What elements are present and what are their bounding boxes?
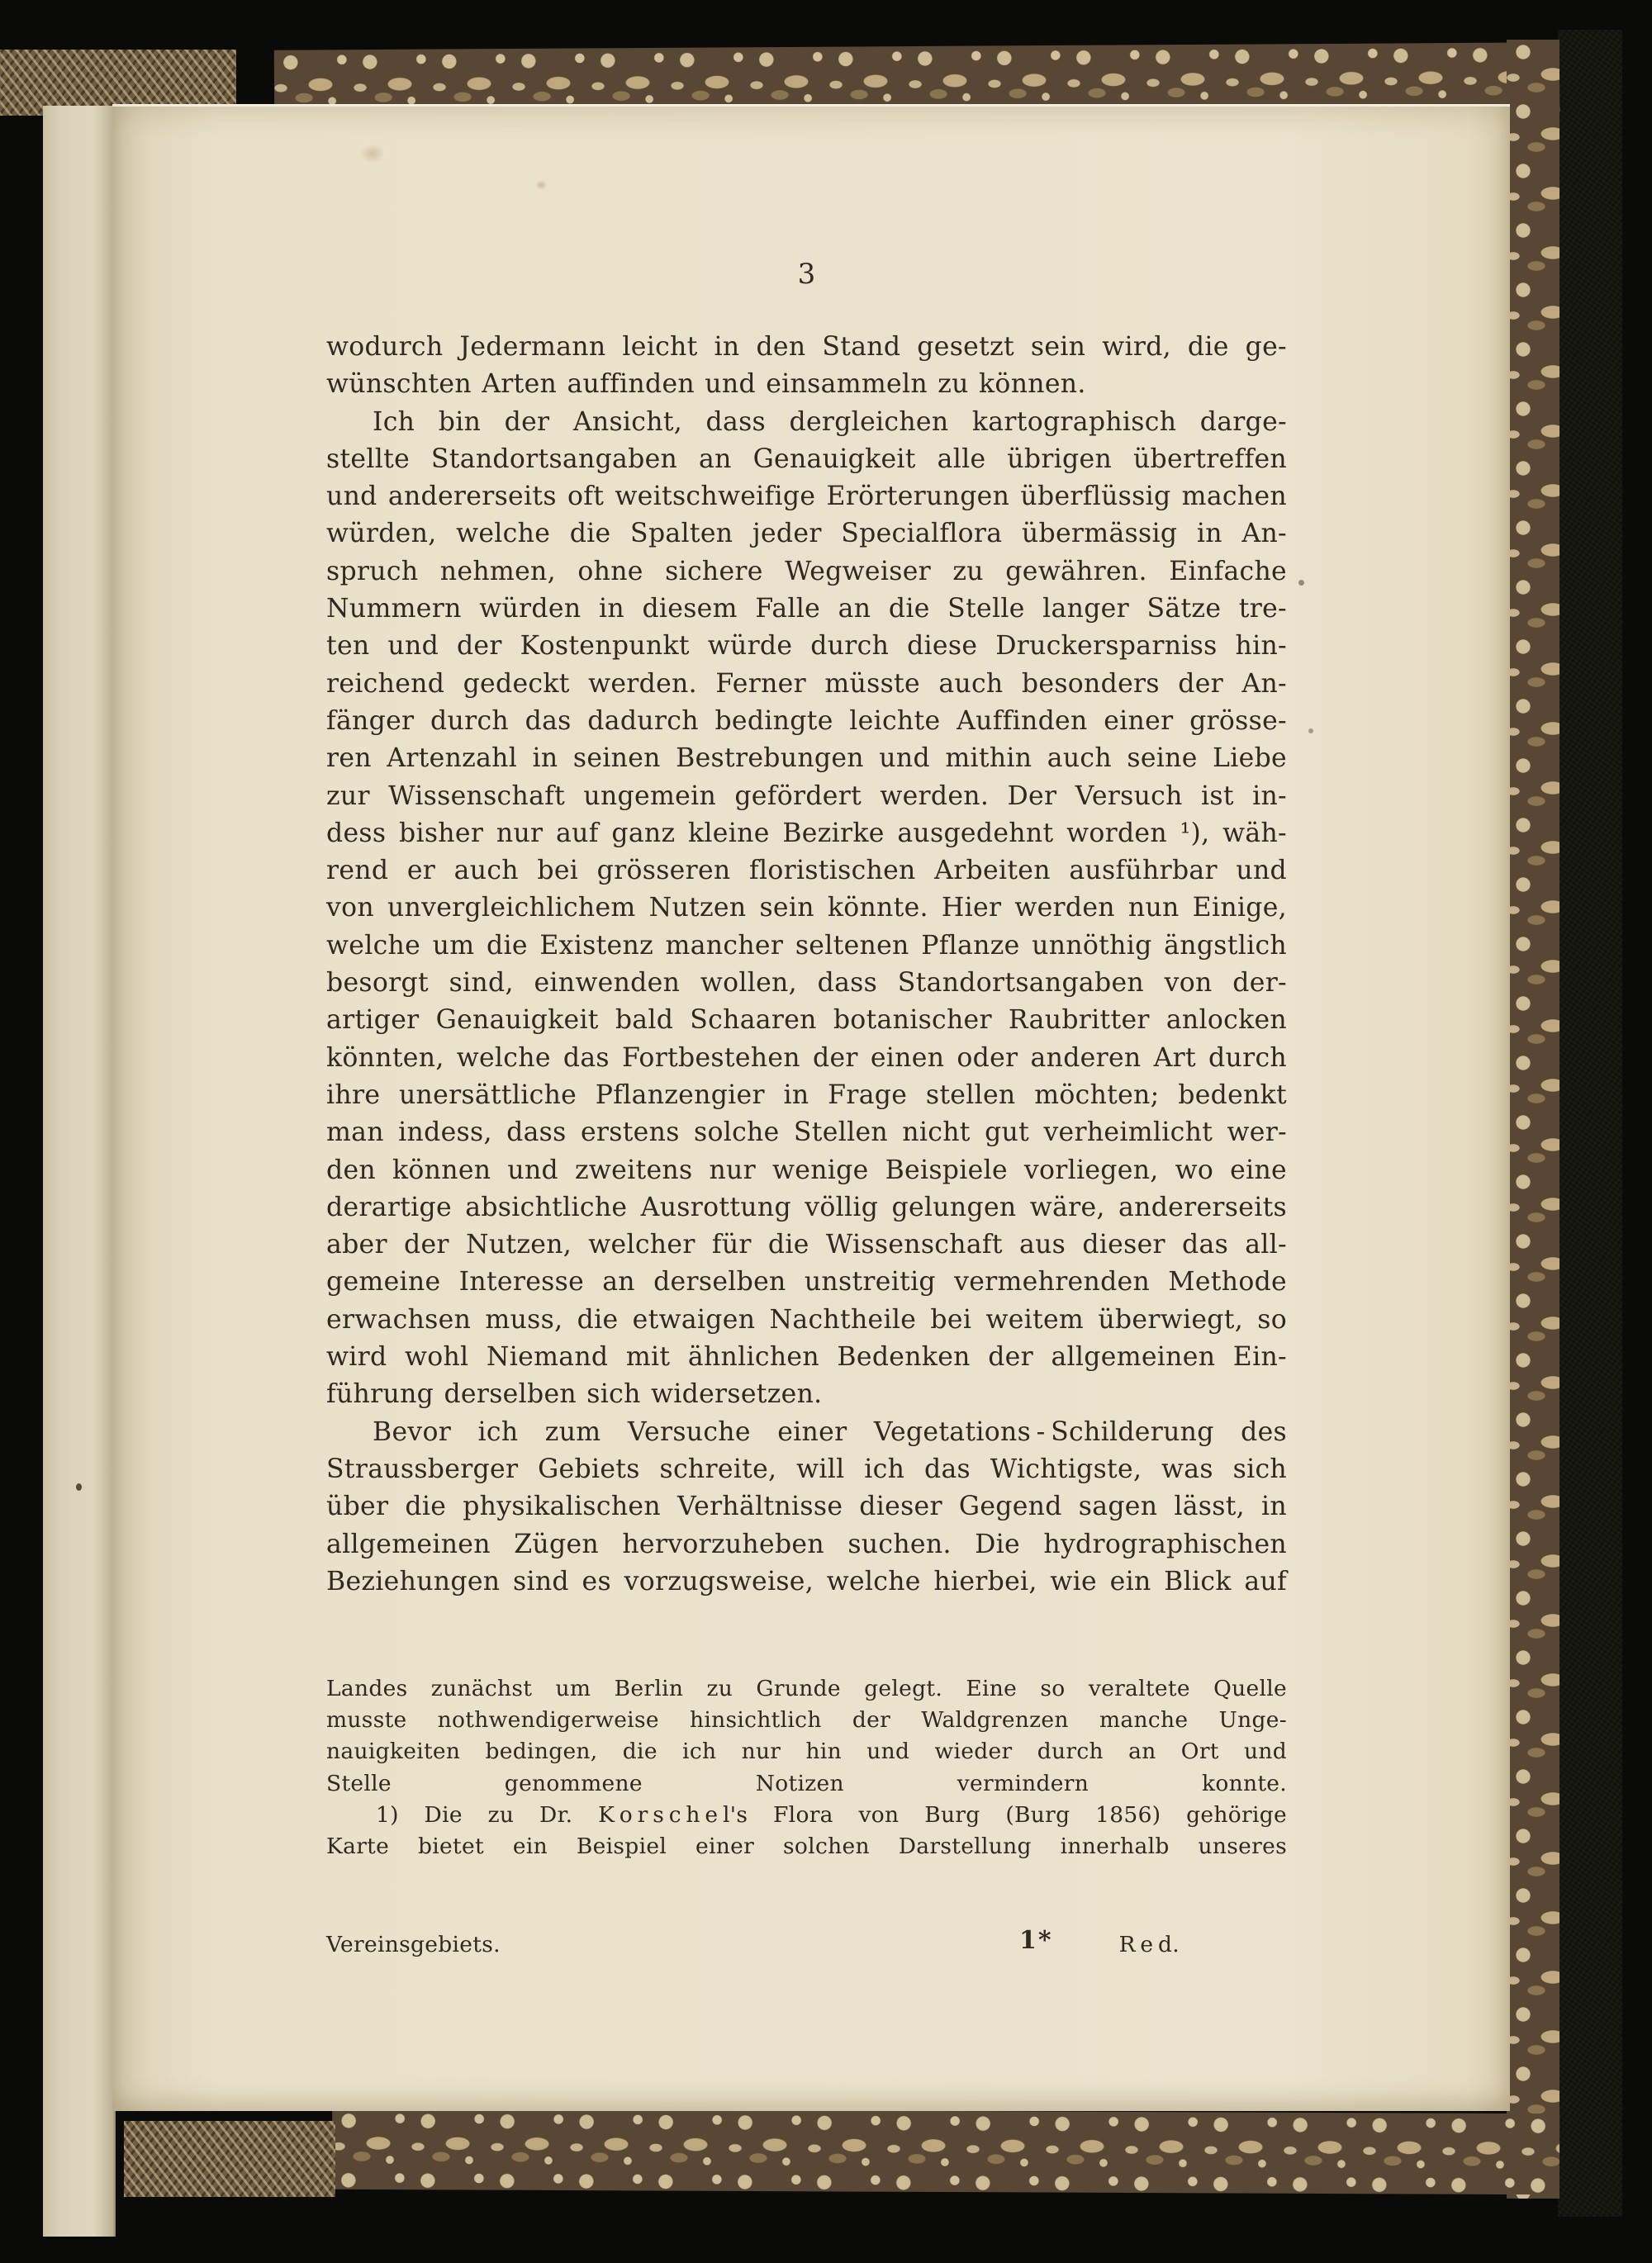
book-cover-cloth-edge xyxy=(1558,30,1622,2217)
text-line: Beziehungen sind es vorzugsweise, welche… xyxy=(326,1563,1287,1601)
text-line: aber der Nutzen, welcher für die Wissens… xyxy=(326,1226,1287,1264)
page-number: 3 xyxy=(326,258,1287,291)
footnote-last-line-text: Vereinsgebiets. xyxy=(326,1929,501,1961)
text-line: ihre unersättliche Pflanzengier in Frage… xyxy=(326,1077,1287,1114)
text-line: Karte bietet ein Beispiel einer solchen … xyxy=(326,1831,1287,1862)
text-line: musste nothwendigerweise hinsichtlich de… xyxy=(326,1705,1287,1736)
text-line: besorgt sind, einwenden wollen, dass Sta… xyxy=(326,965,1287,1002)
text-line: rend er auch bei grösseren floristischen… xyxy=(326,852,1287,890)
text-line: Straussberger Gebiets schreite, will ich… xyxy=(326,1451,1287,1488)
ink-speck xyxy=(1298,580,1304,586)
text-line: 1) Die zu Dr. K o r s c h e l's Flora vo… xyxy=(326,1800,1287,1831)
text-line: gemeine Interesse an derselben unstreiti… xyxy=(326,1264,1287,1301)
ink-speck xyxy=(76,1483,82,1491)
text-line: Stelle genommene Notizen vermindern konn… xyxy=(326,1768,1287,1800)
text-line: spruch nehmen, ohne sichere Wegweiser zu… xyxy=(326,553,1287,591)
text-line: Bevor ich zum Versuche einer Vegetations… xyxy=(326,1414,1287,1451)
facing-page-edge xyxy=(43,106,116,2237)
foxing-stain xyxy=(535,180,547,190)
text-line: ren Artenzahl in seinen Bestrebungen und… xyxy=(326,740,1287,777)
text-line: erwachsen muss, die etwaigen Nachtheile … xyxy=(326,1302,1287,1339)
text-line: Nummern würden in diesem Falle an die St… xyxy=(326,591,1287,628)
foxing-stain xyxy=(360,144,385,164)
book-page: 3 wodurch Jedermann leicht in den Stand … xyxy=(112,104,1510,2111)
text-line: wodurch Jedermann leicht in den Stand ge… xyxy=(326,329,1287,366)
text-line: nauigkeiten bedingen, die ich nur hin un… xyxy=(326,1736,1287,1767)
text-line: reichend gedeckt werden. Ferner müsste a… xyxy=(326,666,1287,703)
marbled-cover-bottom-edge xyxy=(332,2109,1559,2194)
scanned-book-photo: 3 wodurch Jedermann leicht in den Stand … xyxy=(0,0,1652,2263)
ink-speck xyxy=(1308,728,1313,733)
text-line: dess bisher nur auf ganz kleine Bezirke … xyxy=(326,815,1287,852)
text-line: führung derselben sich widersetzen. xyxy=(326,1376,1287,1413)
text-line: könnten, welche das Fortbestehen der ein… xyxy=(326,1040,1287,1077)
woven-cloth-bottom-left xyxy=(124,2121,335,2197)
signature-mark: 1* xyxy=(1019,1926,1053,1955)
text-line: allgemeinen Zügen hervorzuheben suchen. … xyxy=(326,1526,1287,1563)
text-line: artiger Genauigkeit bald Schaaren botani… xyxy=(326,1002,1287,1039)
editor-signature: R e d. xyxy=(1119,1929,1180,1961)
text-line: stellte Standortsangaben an Genauigkeit … xyxy=(326,441,1287,478)
marbled-cover-right-edge xyxy=(1507,40,1559,2199)
text-line: man indess, dass erstens solche Stellen … xyxy=(326,1114,1287,1151)
text-line: fänger durch das dadurch bedingte leicht… xyxy=(326,703,1287,740)
footnote-last-line: Vereinsgebiets. R e d. xyxy=(326,1929,1287,1961)
text-line: und andererseits oft weitschweifige Erör… xyxy=(326,478,1287,515)
text-line: Landes zunächst um Berlin zu Grunde gele… xyxy=(326,1673,1287,1705)
text-line: zur Wissenschaft ungemein gefördert werd… xyxy=(326,778,1287,815)
text-line: würden, welche die Spalten jeder Special… xyxy=(326,515,1287,553)
text-line: ten und der Kostenpunkt würde durch dies… xyxy=(326,628,1287,665)
text-line: über die physikalischen Verhältnisse die… xyxy=(326,1488,1287,1525)
text-line: Ich bin der Ansicht, dass dergleichen ka… xyxy=(326,404,1287,441)
text-line: wird wohl Niemand mit ähnlichen Bedenken… xyxy=(326,1339,1287,1376)
text-line: wünschten Arten auffinden und einsammeln… xyxy=(326,366,1287,403)
text-line: den können und zweitens nur wenige Beisp… xyxy=(326,1152,1287,1189)
footnote-text: Landes zunächst um Berlin zu Grunde gele… xyxy=(326,1673,1287,1862)
text-line: derartige absichtliche Ausrottung völlig… xyxy=(326,1189,1287,1226)
text-line: welche um die Existenz mancher seltenen … xyxy=(326,927,1287,965)
body-text: wodurch Jedermann leicht in den Stand ge… xyxy=(326,329,1287,1601)
text-line: von unvergleichlichem Nutzen sein könnte… xyxy=(326,890,1287,927)
